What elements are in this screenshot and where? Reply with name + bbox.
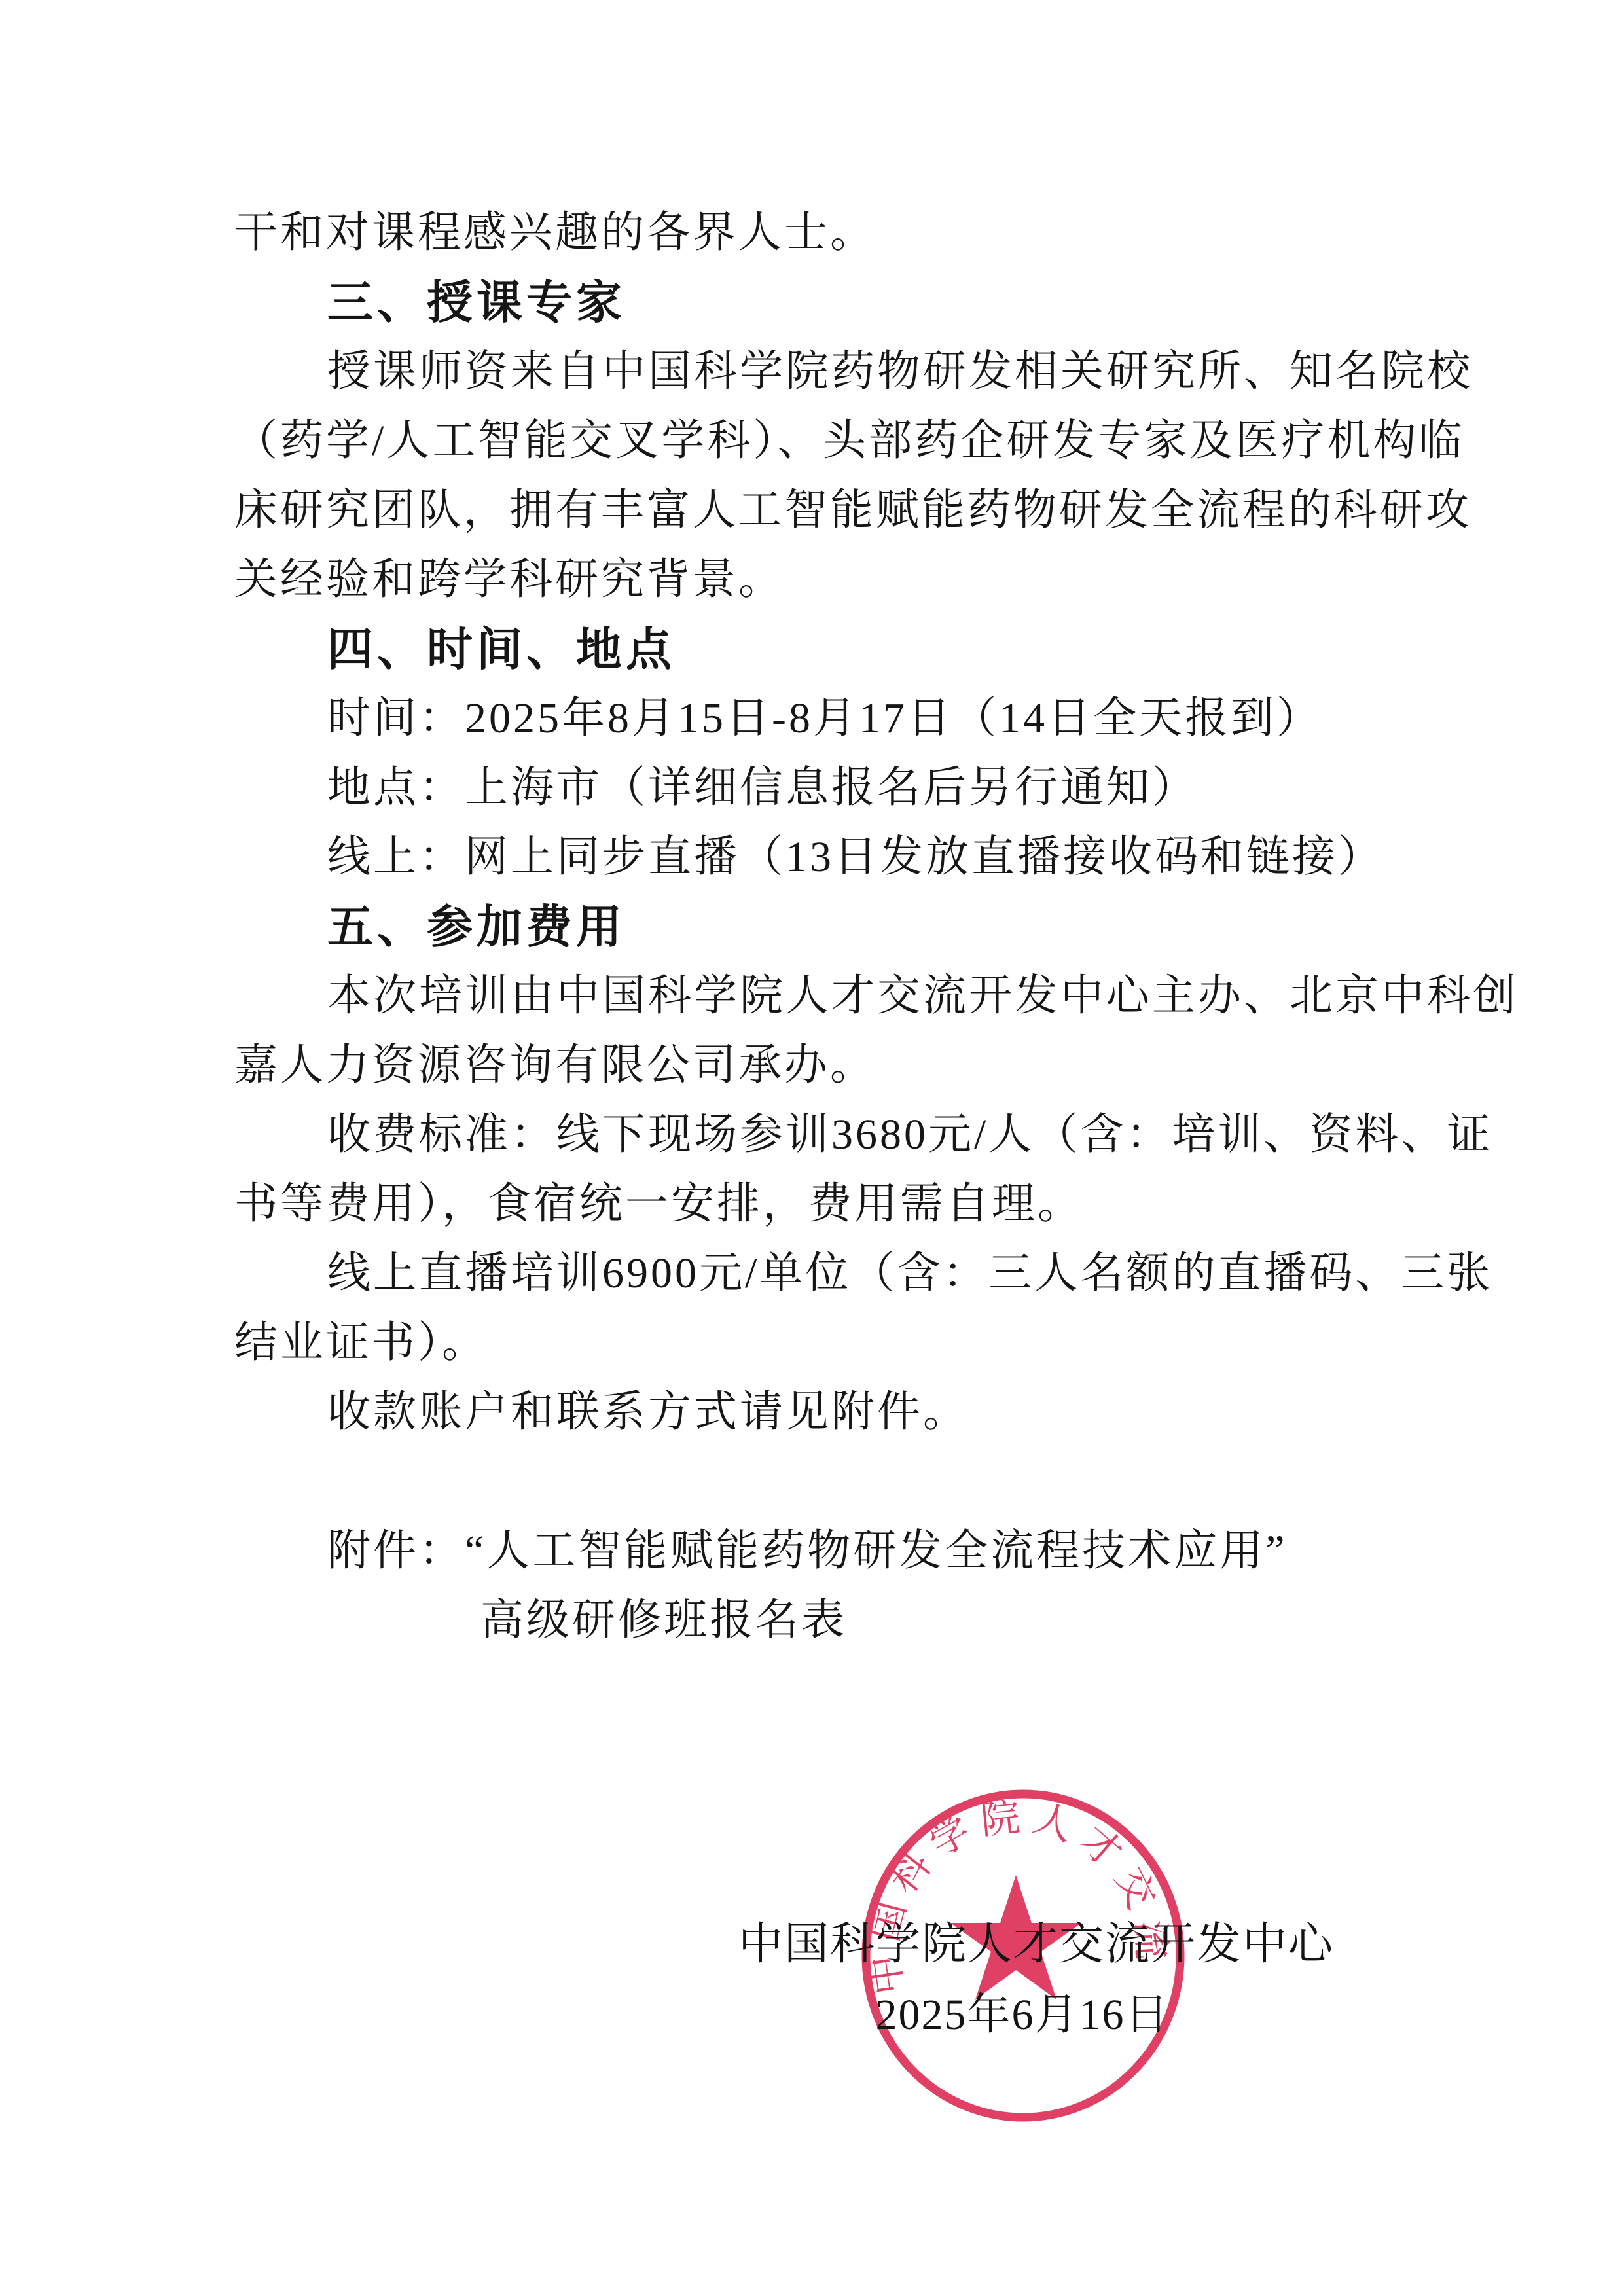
body-line: 嘉人力资源咨询有限公司承办。	[234, 1031, 1465, 1100]
section-heading-5: 五、参加费用	[234, 892, 1465, 961]
body-line-time: 时间：2025年8月15日-8月17日（14日全天报到）	[234, 684, 1465, 753]
body-line: 干和对课程感兴趣的各界人士。	[234, 198, 1465, 268]
signature-date: 2025年6月16日	[865, 1981, 1180, 2050]
body-line-place: 地点：上海市（详细信息报名后另行通知）	[234, 753, 1465, 823]
section-heading-4: 四、时间、地点	[234, 615, 1465, 684]
body-line: 授课师资来自中国科学院药物研发相关研究所、知名院校	[234, 337, 1465, 406]
body-line: 关经验和跨学科研究背景。	[234, 545, 1465, 615]
body-line: 床研究团队，拥有丰富人工智能赋能药物研发全流程的科研攻	[234, 476, 1465, 545]
blank-line	[234, 1447, 1465, 1516]
document-body: 干和对课程感兴趣的各界人士。 三、授课专家 授课师资来自中国科学院药物研发相关研…	[234, 198, 1465, 1655]
body-line: （药学/人工智能交叉学科）、头部药企研发专家及医疗机构临	[234, 406, 1465, 476]
body-line-fee-online: 线上直播培训6900元/单位（含：三人名额的直播码、三张	[234, 1239, 1465, 1308]
body-line-fee: 收费标准：线下现场参训3680元/人（含：培训、资料、证	[234, 1100, 1465, 1170]
document-page: 干和对课程感兴趣的各界人士。 三、授课专家 授课师资来自中国科学院药物研发相关研…	[0, 0, 1624, 2296]
body-line: 结业证书）。	[234, 1308, 1465, 1378]
body-line-online: 线上：网上同步直播（13日发放直播接收码和链接）	[234, 823, 1465, 892]
body-line: 本次培训由中国科学院人才交流开发中心主办、北京中科创	[234, 961, 1465, 1031]
section-heading-3: 三、授课专家	[234, 268, 1465, 337]
signature-org: 中国科学院人才交流开发中心	[738, 1909, 1354, 1979]
attachment-line: 附件：“人工智能赋能药物研发全流程技术应用”	[234, 1516, 1465, 1586]
body-line-account: 收款账户和联系方式请见附件。	[234, 1378, 1465, 1447]
attachment-line-2: 高级研修班报名表	[234, 1586, 1465, 1655]
body-line: 书等费用），食宿统一安排，费用需自理。	[234, 1170, 1465, 1239]
